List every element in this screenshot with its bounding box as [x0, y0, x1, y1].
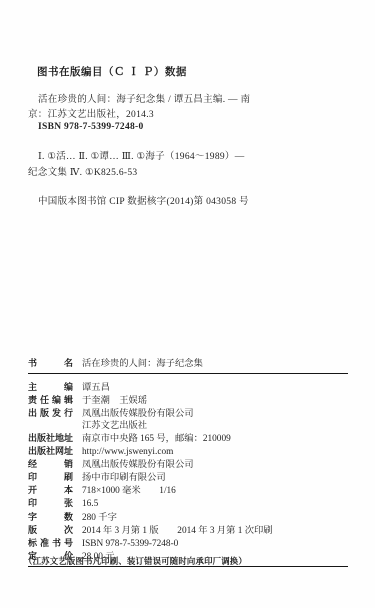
cip-title-line1: 活在珍贵的人间：海子纪念集 / 谭五昌主编. — 南: [38, 91, 250, 105]
cip-record-number: 中国版本图书馆 CIP 数据核字(2014)第 043058 号: [38, 193, 249, 207]
horizontal-rule: [28, 373, 348, 374]
colophon-row: 字数280 千字: [28, 511, 348, 524]
colophon-value: 凤凰出版传媒股份有限公司: [82, 408, 348, 420]
colophon-label: 印张: [28, 497, 73, 509]
footer-note: （江苏文艺版图书凡印刷、装订错误可随时向承印厂调换）: [24, 555, 247, 567]
colophon-value: 扬中市印刷有限公司: [82, 472, 348, 484]
colophon-value: 280 千字: [82, 512, 348, 524]
colophon-label: 经销: [28, 458, 73, 470]
colophon-value: http://www.jswenyi.com: [82, 446, 348, 458]
colophon-row: 标准书号ISBN 978-7-5399-7248-0: [28, 537, 348, 550]
cip-classification-line2: 纪念文集 Ⅳ. ①K825.6-53: [28, 164, 137, 178]
colophon-label: 开本: [28, 484, 73, 496]
colophon-value: ISBN 978-7-5399-7248-0: [82, 538, 348, 550]
cip-isbn-line: ISBN 978-7-5399-7248-0: [38, 122, 144, 132]
colophon-label: 出版发行: [28, 407, 73, 419]
colophon-row: 印刷扬中市印刷有限公司: [28, 471, 348, 484]
colophon-row: 责任编辑于奎潮 王娱瑶: [28, 394, 348, 407]
colophon-label: 版次: [28, 524, 73, 536]
colophon-value: 活在珍贵的人间：海子纪念集: [82, 358, 348, 370]
colophon-row: 书名活在珍贵的人间：海子纪念集: [28, 357, 348, 370]
colophon-value: 江苏文艺出版社: [82, 420, 348, 432]
colophon-table: 书名活在珍贵的人间：海子纪念集主编谭五昌责任编辑于奎潮 王娱瑶出版发行凤凰出版传…: [28, 357, 348, 567]
colophon-value: 谭五昌: [82, 382, 348, 394]
colophon-row: 出版发行凤凰出版传媒股份有限公司: [28, 407, 348, 420]
colophon-value: 凤凰出版传媒股份有限公司: [82, 459, 348, 471]
colophon-label: 出版社网址: [28, 445, 73, 457]
cip-classification-line1: Ⅰ. ①活… Ⅱ. ①谭… Ⅲ. ①海子（1964～1989）—: [38, 148, 245, 162]
colophon-label: 出版社地址: [28, 432, 73, 444]
colophon-value: 于奎潮 王娱瑶: [82, 395, 348, 407]
colophon-label: 标准书号: [28, 537, 73, 549]
colophon-row: 江苏文艺出版社: [28, 420, 348, 432]
colophon-value: 2014 年 3 月第 1 版 2014 年 3 月第 1 次印刷: [82, 525, 348, 537]
colophon-label: 责任编辑: [28, 394, 73, 406]
book-copyright-page: 图书在版编目（Ｃ Ｉ Ｐ）数据 活在珍贵的人间：海子纪念集 / 谭五昌主编. —…: [0, 0, 375, 608]
colophon-row: 主编谭五昌: [28, 381, 348, 394]
cip-header: 图书在版编目（Ｃ Ｉ Ｐ）数据: [37, 64, 187, 79]
colophon-label: 印刷: [28, 471, 73, 483]
colophon-value: 16.5: [82, 498, 348, 510]
colophon-label: 字数: [28, 511, 73, 523]
colophon-row: 版次2014 年 3 月第 1 版 2014 年 3 月第 1 次印刷: [28, 524, 348, 537]
colophon-value: 718×1000 毫米 1/16: [82, 485, 348, 497]
colophon-label: 主编: [28, 381, 73, 393]
colophon-row: 开本718×1000 毫米 1/16: [28, 484, 348, 497]
colophon-row: 出版社网址http://www.jswenyi.com: [28, 445, 348, 458]
colophon-row: 经销凤凰出版传媒股份有限公司: [28, 458, 348, 471]
colophon-row: 出版社地址南京市中央路 165 号，邮编：210009: [28, 432, 348, 445]
colophon-row: 印张16.5: [28, 497, 348, 510]
cip-title-line2: 京：江苏文艺出版社，2014.3: [28, 106, 154, 120]
colophon-label: 书名: [28, 357, 73, 369]
colophon-value: 南京市中央路 165 号，邮编：210009: [82, 433, 348, 445]
